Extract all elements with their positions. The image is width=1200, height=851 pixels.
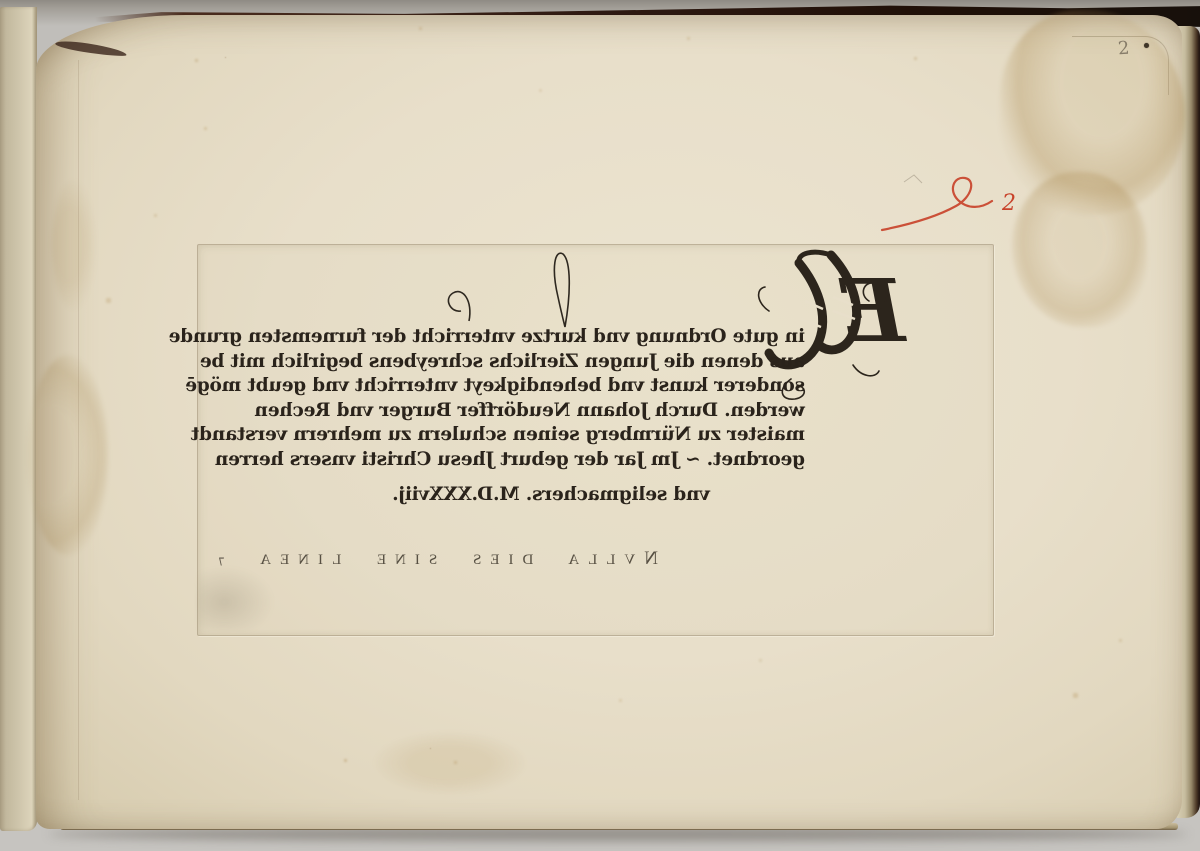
title-line: maister zu Nürmberg seinen schulern zu m…: [205, 423, 805, 448]
book-photograph: E: [0, 0, 1200, 851]
red-chalk-number-flourish: 2: [876, 168, 1046, 240]
title-line: aus denen die Jungen Zierlichs schreyben…: [205, 350, 805, 375]
title-line: geordnet. ~ Jm Jar der geburt Jhesu Chri…: [205, 448, 805, 473]
title-text-block: in gute Ordnung vnd kurtze vnterricht de…: [205, 325, 805, 507]
ink-speck: [1144, 43, 1149, 48]
tide-stain-left: [28, 355, 108, 555]
motto-text: NVLLA DIES SINE LINEA: [251, 552, 658, 568]
mirrored-etched-text: E: [198, 245, 993, 635]
motto-end-mark: ⁊: [218, 553, 224, 567]
curl-flourish-icon: [439, 285, 473, 325]
faint-stain-left: [52, 180, 96, 310]
title-line: in gute Ordnung vnd kurtze vnterricht de…: [205, 325, 805, 350]
faint-stain-bottom: [375, 732, 525, 794]
red-number-glyph: 2: [1001, 191, 1016, 216]
graphite-folio-number: 2: [1117, 38, 1130, 60]
ascender-loop-flourish-icon: [541, 249, 575, 329]
plate-mark: E: [197, 244, 994, 636]
date-line: vnd seligmachers. M.D.XXXviij.: [205, 483, 710, 508]
foxing-spots: [0, 0, 1, 1]
title-line: sonderer kunst vnd behendigkeyt vnterric…: [205, 374, 805, 399]
title-line: werden. Durch Johann Neudörffer Burger v…: [205, 399, 805, 424]
latin-motto: NVLLA DIES SINE LINEA ⁊: [218, 548, 658, 570]
